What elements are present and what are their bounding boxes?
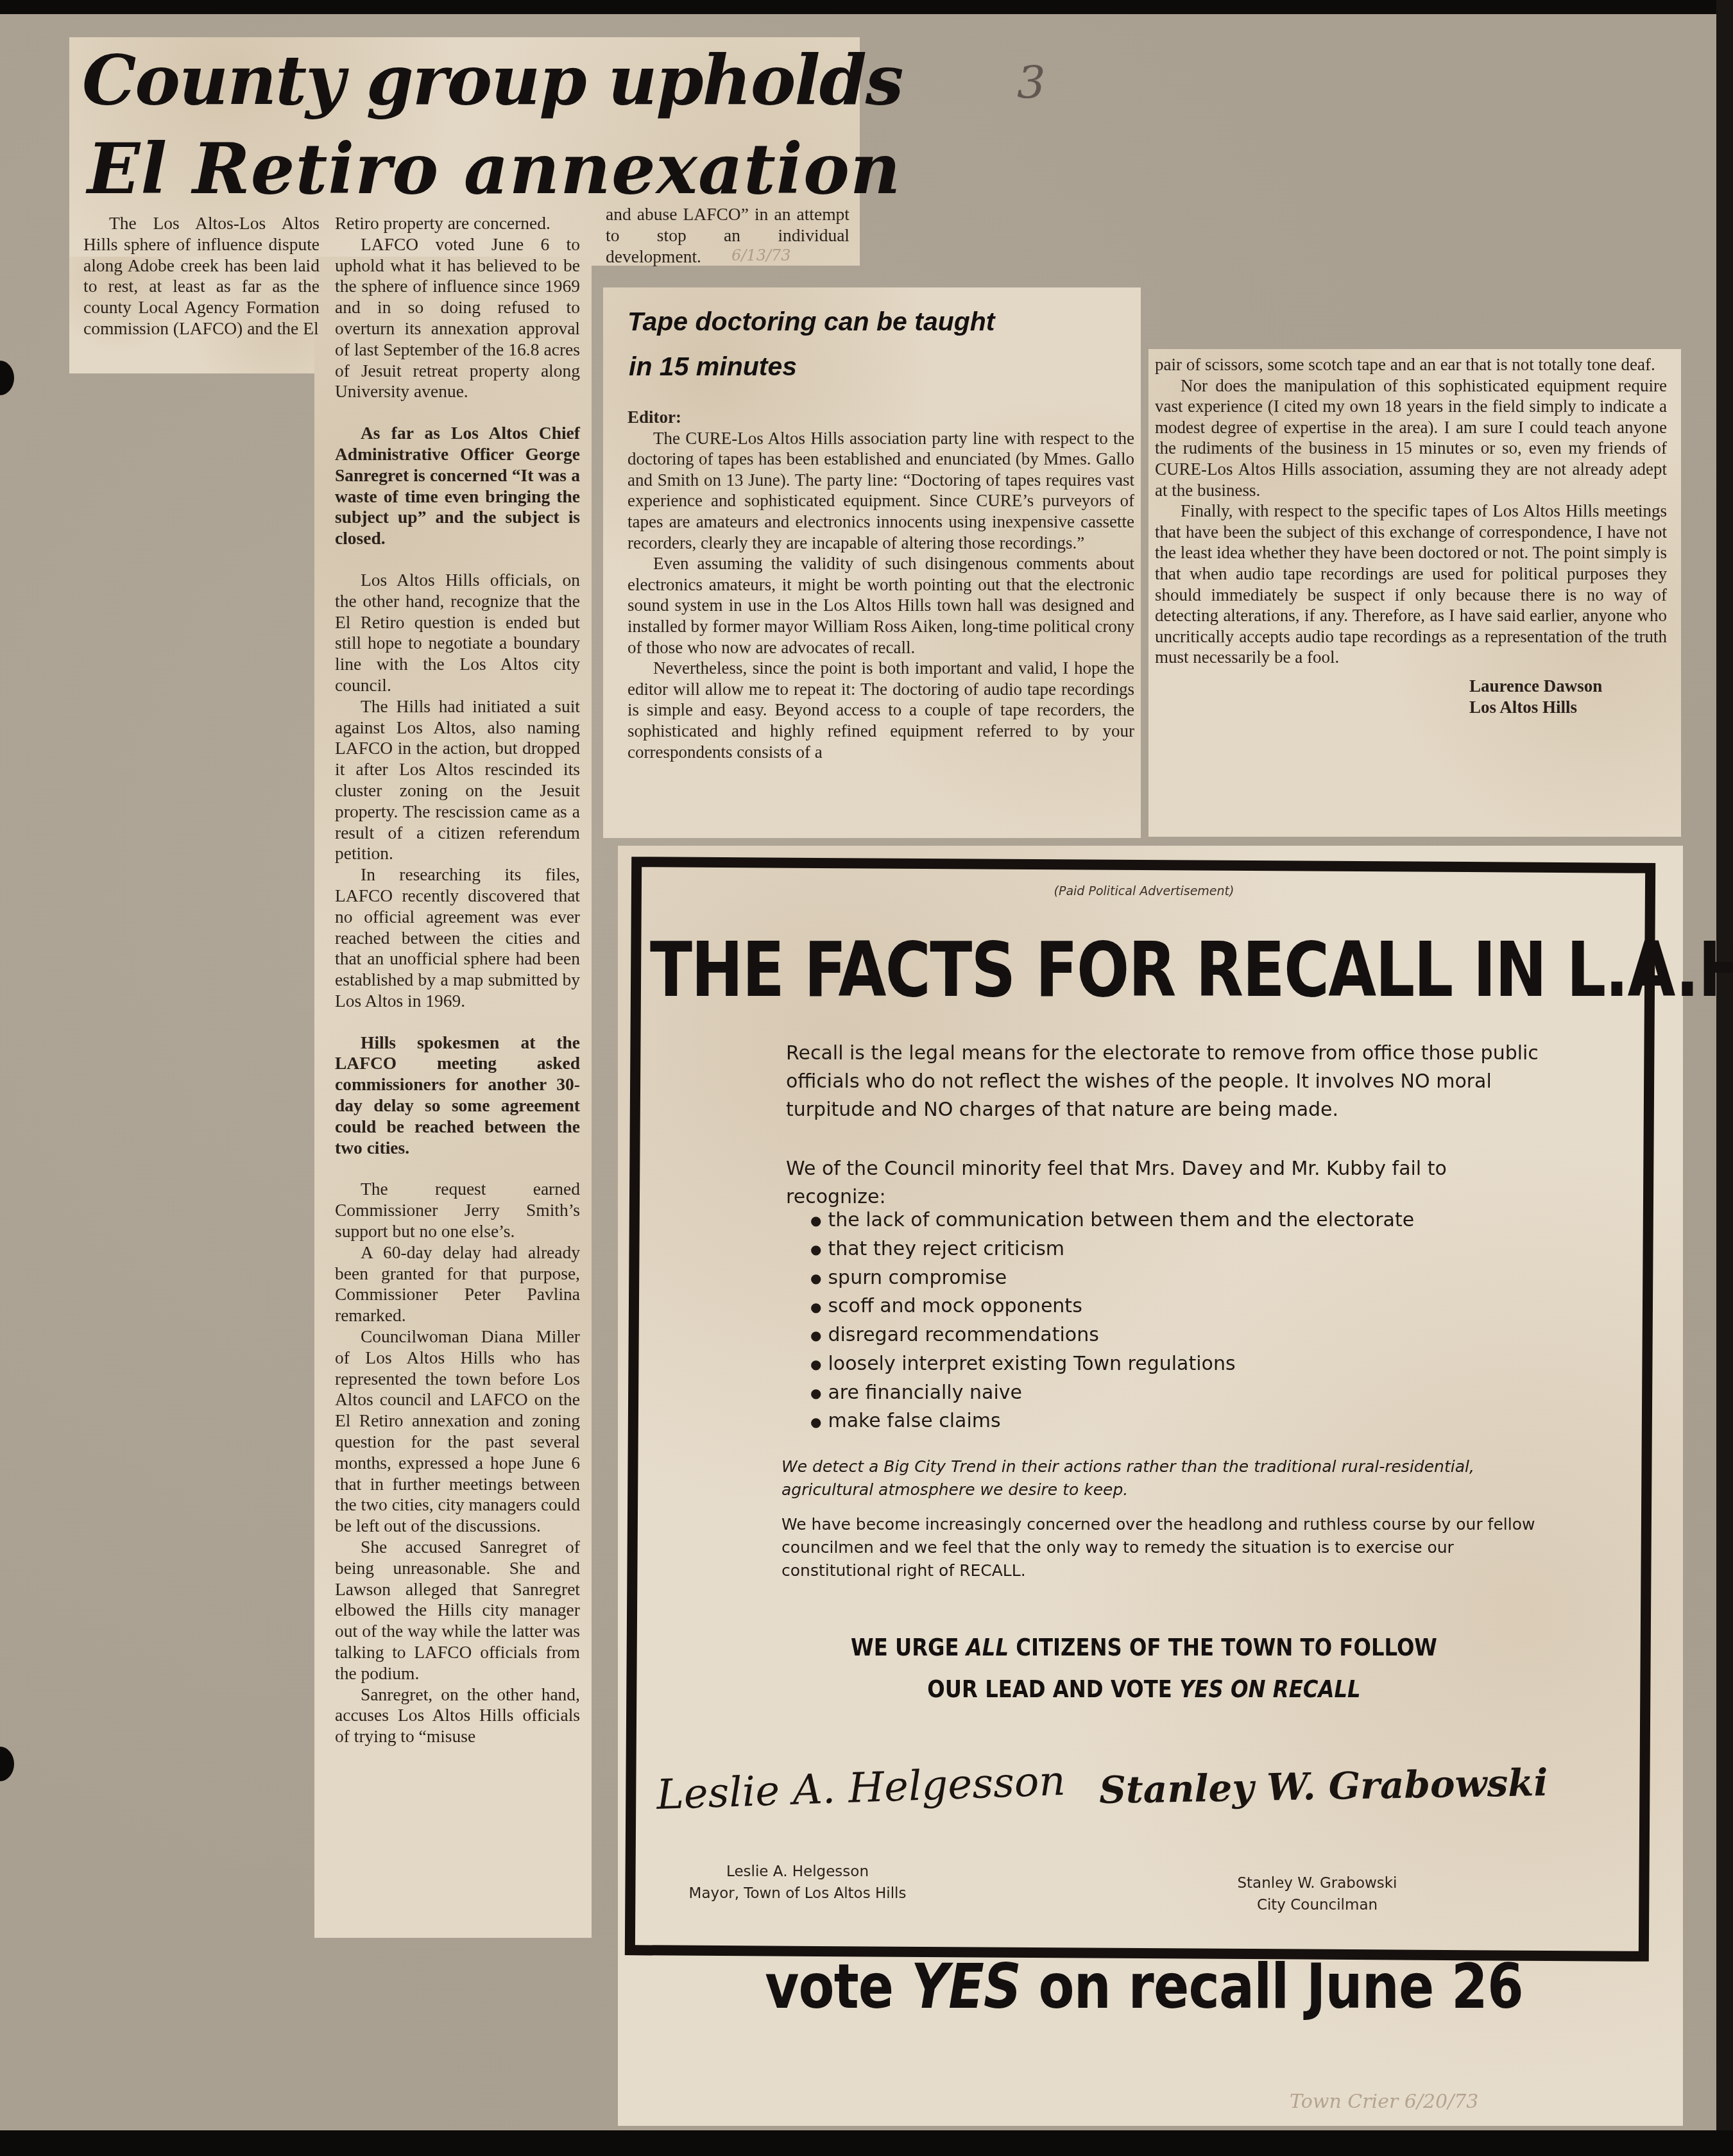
signer-name: Leslie A. Helgesson <box>682 1861 913 1883</box>
signer-title: City Councilman <box>1215 1894 1420 1916</box>
article-paragraph: She accused Sanregret of being unreasona… <box>335 1537 580 1684</box>
ad-reason-item: loosely interpret existing Town regulati… <box>810 1350 1414 1379</box>
signer-2: Stanley W. Grabowski City Councilman <box>1215 1872 1420 1916</box>
article-column-3: and abuse LAFCO” in an attempt to stop a… <box>606 204 849 267</box>
letter-signature-name: Laurence Dawson <box>1469 676 1667 697</box>
urge-text: CITIZENS OF THE TOWN TO FOLLOW <box>1009 1633 1437 1661</box>
ad-urge-line1: WE URGE ALL CITIZENS OF THE TOWN TO FOLL… <box>697 1627 1591 1668</box>
article-paragraph: As far as Los Altos Chief Administrative… <box>335 423 580 549</box>
article-paragraph: Sanregret, on the other hand, accuses Lo… <box>335 1684 580 1747</box>
ad-paid-label: (Paid Political Advertisement) <box>618 884 1670 898</box>
article-paragraph: The Los Altos-Los Altos Hills sphere of … <box>83 213 320 339</box>
ad-reason-item: are financially naive <box>810 1379 1414 1408</box>
letter-column-left: Editor: The CURE-Los Altos Hills associa… <box>627 407 1134 762</box>
ad-concern-statement: We have become increasingly concerned ov… <box>781 1513 1539 1582</box>
page-bottom-edge <box>0 2130 1733 2156</box>
ad-reason-item: the lack of communication between them a… <box>810 1206 1414 1235</box>
ad-urge-line2: OUR LEAD AND VOTE YES ON RECALL <box>697 1668 1591 1709</box>
letter-paragraph: pair of scissors, some scotch tape and a… <box>1155 354 1667 375</box>
ad-vote-line: vote YES on recall June 26 <box>697 1951 1591 2023</box>
letter-signature-place: Los Altos Hills <box>1469 697 1667 718</box>
ad-minority-statement: We of the Council minority feel that Mrs… <box>786 1155 1524 1211</box>
vote-yes: YES <box>911 1951 1021 2023</box>
binder-hole <box>0 1747 14 1781</box>
article-paragraph: Hills spokesmen at the LAFCO meeting ask… <box>335 1032 580 1159</box>
letter-column-right: pair of scissors, some scotch tape and a… <box>1155 354 1667 717</box>
ad-title: THE FACTS FOR RECALL IN L.A.H. <box>650 925 1460 1014</box>
letter-paragraph: The CURE-Los Altos Hills association par… <box>627 428 1134 554</box>
handwritten-date: 6/13/73 <box>731 246 791 264</box>
ad-reason-item: disregard recommendations <box>810 1321 1414 1350</box>
article-paragraph: In researching its files, LAFCO recently… <box>335 864 580 1012</box>
signature-grabowski: Stanley W. Grabowski <box>1098 1761 1548 1812</box>
ad-reasons-list: the lack of communication between them a… <box>810 1206 1414 1436</box>
article-headline-line2: El Retiro annexation <box>87 135 901 204</box>
article-paragraph: and abuse LAFCO” in an attempt to stop a… <box>606 204 849 267</box>
urge-text: WE URGE <box>851 1633 966 1661</box>
article-headline-line1: County group upholds <box>82 46 902 114</box>
article-paragraph: The request earned Commissioner Jerry Sm… <box>335 1179 580 1242</box>
article-paragraph: A 60-day delay had already been granted … <box>335 1242 580 1326</box>
article-paragraph: Los Altos Hills officials, on the other … <box>335 570 580 696</box>
ad-big-city-statement: We detect a Big City Trend in their acti… <box>781 1455 1539 1502</box>
article-column-2: Retiro property are concerned.LAFCO vote… <box>335 213 580 1747</box>
article-paragraph: Councilwoman Diana Miller of Los Altos H… <box>335 1326 580 1537</box>
letter-paragraph: Nor does the manipulation of this sophis… <box>1155 375 1667 501</box>
signer-1: Leslie A. Helgesson Mayor, Town of Los A… <box>682 1861 913 1904</box>
ad-reason-item: scoff and mock opponents <box>810 1292 1414 1321</box>
signer-name: Stanley W. Grabowski <box>1215 1872 1420 1894</box>
pencil-note: Town Crier 6/20/73 <box>1290 2091 1478 2113</box>
ad-intro: Recall is the legal means for the electo… <box>786 1039 1556 1124</box>
article-paragraph: The Hills had initiated a suit against L… <box>335 696 580 864</box>
recall-advertisement: (Paid Political Advertisement) THE FACTS… <box>618 847 1670 1980</box>
article-paragraph: Retiro property are concerned. <box>335 213 580 234</box>
article-paragraph: LAFCO voted June 6 to uphold what it has… <box>335 234 580 402</box>
article-column-1: The Los Altos-Los Altos Hills sphere of … <box>83 213 320 339</box>
signer-title: Mayor, Town of Los Altos Hills <box>682 1883 913 1904</box>
letter-headline-line2: in 15 minutes <box>629 352 797 382</box>
page-edge <box>1716 0 1733 2156</box>
letter-paragraph: Nevertheless, since the point is both im… <box>627 658 1134 762</box>
urge-emphasis: YES ON RECALL <box>1179 1675 1361 1703</box>
page-number: 3 <box>1017 56 1046 109</box>
letter-paragraph: Even assuming the validity of such disin… <box>627 553 1134 658</box>
letter-paragraph: Finally, with respect to the specific ta… <box>1155 501 1667 668</box>
vote-text: vote <box>765 1951 911 2023</box>
letter-headline-line1: Tape doctoring can be taught <box>627 307 995 337</box>
urge-emphasis: ALL <box>966 1633 1009 1661</box>
ad-reason-item: spurn compromise <box>810 1264 1414 1293</box>
binder-hole <box>0 361 14 395</box>
ad-reason-item: make false claims <box>810 1407 1414 1436</box>
vote-text: on recall June 26 <box>1021 1951 1523 2023</box>
urge-text: OUR LEAD AND VOTE <box>927 1675 1179 1703</box>
letter-salutation: Editor: <box>627 407 1134 428</box>
ad-reason-item: that they reject criticism <box>810 1235 1414 1264</box>
